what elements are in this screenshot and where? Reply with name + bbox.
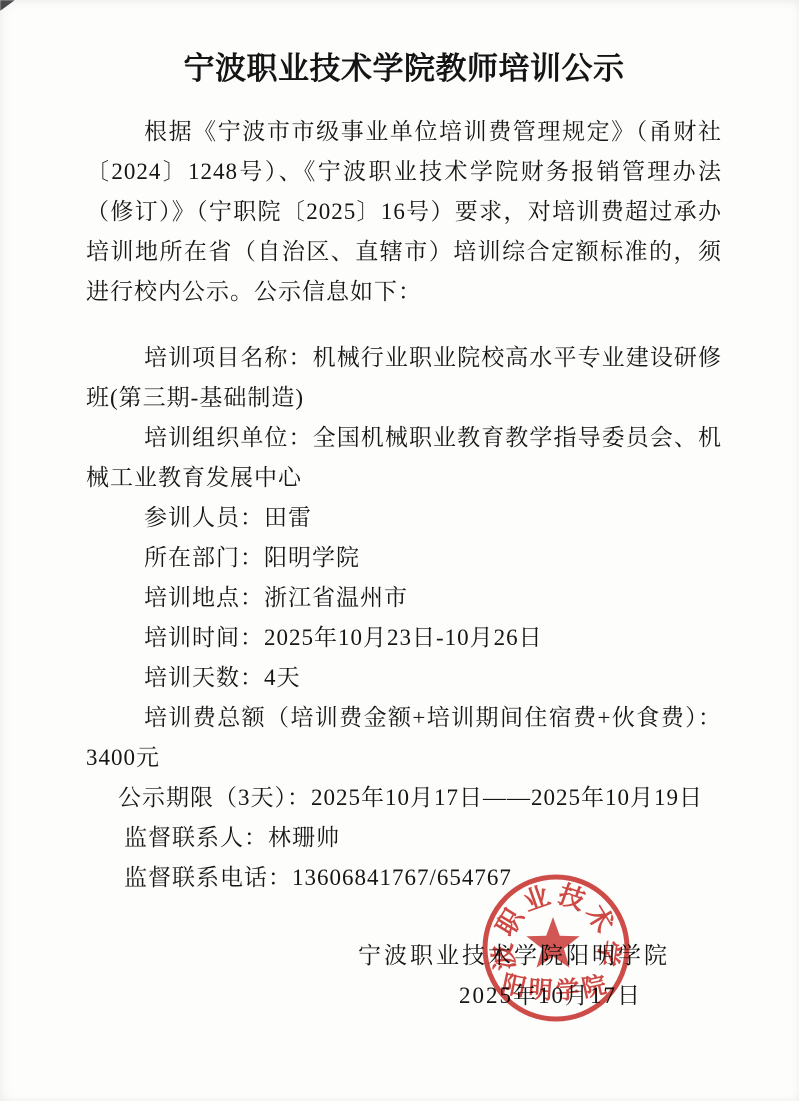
seal-ring-text: 宁波职业技术学院 — [456, 848, 624, 972]
field-time: 培训时间：2025年10月23日-10月26日 — [86, 618, 722, 658]
official-seal: 宁波职业技术学院 阳明学院 — [456, 848, 666, 1058]
scan-corner-artifact — [0, 0, 15, 11]
svg-text:阳明学院: 阳明学院 — [499, 971, 612, 1005]
field-organizer: 培训组织单位：全国机械职业教育教学指导委员会、机械工业教育发展中心 — [86, 418, 722, 498]
field-department: 所在部门：阳明学院 — [86, 538, 722, 578]
intro-paragraph: 根据《宁波市市级事业单位培训费管理规定》（甬财社〔2024〕1248号）、《宁波… — [86, 112, 722, 312]
field-participant: 参训人员：田雷 — [86, 498, 722, 538]
seal-star-icon — [526, 917, 579, 968]
field-total-fee: 培训费总额（培训费金额+培训期间住宿费+伙食费）：3400元 — [86, 698, 722, 778]
field-location: 培训地点：浙江省温州市 — [86, 578, 722, 618]
svg-text:宁波职业技术学院: 宁波职业技术学院 — [456, 848, 624, 972]
fields-section: 培训项目名称：机械行业职业院校高水平专业建设研修班(第三期-基础制造) 培训组织… — [86, 338, 722, 898]
seal-bottom-text: 阳明学院 — [499, 971, 612, 1005]
field-training-project: 培训项目名称：机械行业职业院校高水平专业建设研修班(第三期-基础制造) — [86, 338, 722, 418]
field-publicity-period: 公示期限（3天）：2025年10月17日——2025年10月19日 — [86, 778, 722, 818]
document-page: 宁波职业技术学院教师培训公示 根据《宁波市市级事业单位培训费管理规定》（甬财社〔… — [0, 0, 799, 1101]
page-title: 宁波职业技术学院教师培训公示 — [86, 46, 722, 92]
field-days: 培训天数：4天 — [86, 658, 722, 698]
